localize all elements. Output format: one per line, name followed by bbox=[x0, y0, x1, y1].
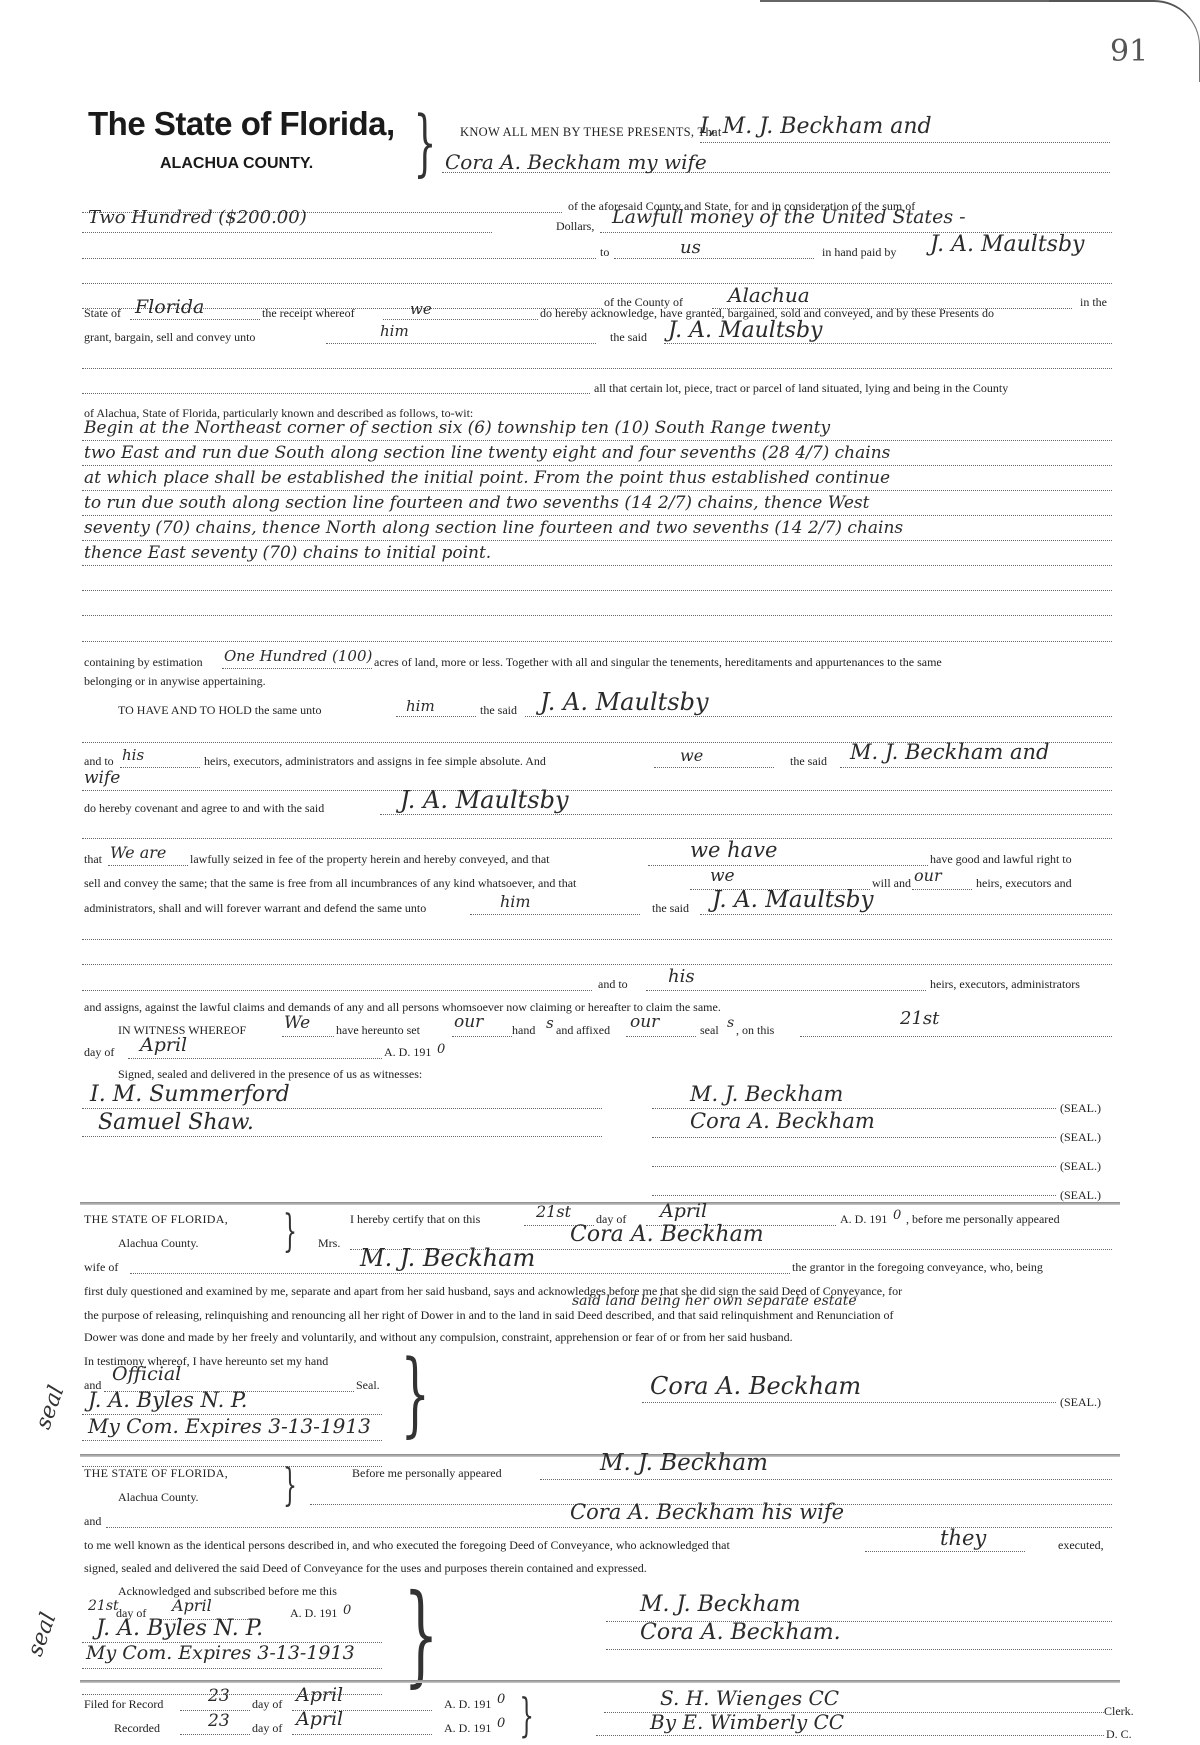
officer-handwritten: J. A. Byles N. P. bbox=[88, 1388, 247, 1412]
static-text: Dollars, bbox=[556, 219, 594, 234]
day-handwritten: 21st bbox=[88, 1598, 119, 1614]
state-heading: THE STATE OF FLORIDA, bbox=[84, 1212, 228, 1227]
month-handwritten: April bbox=[660, 1200, 707, 1222]
static-text: and bbox=[84, 1514, 101, 1529]
static-text: and to bbox=[598, 977, 628, 992]
and-handwritten: Cora A. Beckham his wife bbox=[570, 1500, 844, 1524]
field-line bbox=[642, 1402, 1056, 1403]
brace-icon: } bbox=[283, 1460, 297, 1511]
filed-year-handwritten: 0 bbox=[497, 1692, 505, 1707]
field-line bbox=[912, 889, 972, 890]
field-line bbox=[380, 814, 1112, 815]
brace-icon: } bbox=[519, 1688, 534, 1742]
description-line: two East and run due South along section… bbox=[84, 443, 890, 463]
field-line bbox=[396, 716, 476, 717]
mrs-handwritten: Cora A. Beckham bbox=[570, 1222, 764, 1247]
field-line bbox=[606, 1649, 1112, 1650]
static-text: and affixed bbox=[556, 1023, 610, 1038]
field-line bbox=[652, 1166, 1056, 1167]
and-to-handwritten: his bbox=[122, 746, 144, 764]
field-line bbox=[664, 343, 1112, 344]
static-text: day of bbox=[252, 1697, 282, 1712]
witness-signature: I. M. Summerford bbox=[90, 1082, 290, 1107]
county-heading: Alachua County. bbox=[118, 1490, 199, 1505]
field-line bbox=[383, 319, 538, 320]
field-line bbox=[82, 1136, 602, 1137]
static-text: the grantor in the foregoing conveyance,… bbox=[792, 1260, 1043, 1275]
field-line bbox=[82, 939, 1112, 940]
static-text: the said bbox=[480, 703, 517, 718]
static-text: to bbox=[600, 245, 609, 260]
static-text: in the bbox=[1080, 295, 1107, 310]
field-line bbox=[646, 990, 926, 991]
description-line: to run due south along section line four… bbox=[84, 493, 869, 513]
grantor-signature: Cora A. Beckham bbox=[690, 1109, 875, 1133]
static-text: executed, bbox=[1058, 1538, 1104, 1553]
field-line bbox=[614, 258, 814, 259]
filed-day-handwritten: 23 bbox=[208, 1686, 230, 1706]
field-line bbox=[82, 838, 1112, 839]
field-line bbox=[82, 1668, 382, 1669]
grant-handwritten: him bbox=[380, 322, 409, 340]
static-text: the said bbox=[610, 330, 647, 345]
seized-handwritten: we have bbox=[690, 838, 777, 862]
field-line bbox=[800, 1036, 1112, 1037]
clerk-signature: S. H. Wienges CC bbox=[660, 1686, 839, 1710]
static-text: , on this bbox=[736, 1023, 774, 1038]
field-line bbox=[82, 368, 1112, 369]
field-line bbox=[82, 1440, 382, 1441]
grantee-handwritten: J. A. Maultsby bbox=[540, 688, 709, 716]
will-handwritten: our bbox=[914, 866, 942, 885]
static-text: do hereby covenant and agree to and with… bbox=[84, 801, 324, 816]
they-handwritten: they bbox=[940, 1526, 986, 1550]
static-text: wife of bbox=[84, 1260, 118, 1275]
seal-handwritten: s bbox=[727, 1015, 734, 1031]
field-line bbox=[82, 615, 1112, 616]
field-line bbox=[82, 790, 1112, 791]
field-line bbox=[540, 1479, 1112, 1480]
seal-label: (SEAL.) bbox=[1060, 1395, 1101, 1410]
static-text: hand bbox=[512, 1023, 535, 1038]
acres-handwritten: One Hundred (100) bbox=[224, 647, 372, 665]
sell-handwritten: we bbox=[710, 866, 735, 886]
static-text: A. D. 191 bbox=[444, 1697, 491, 1712]
static-text: A. D. 191 bbox=[290, 1606, 337, 1621]
seal-label: (SEAL.) bbox=[1060, 1130, 1101, 1145]
static-text: belonging or in anywise appertaining. bbox=[84, 674, 266, 689]
brace-icon: } bbox=[413, 100, 436, 184]
static-text: acres of land, more or less. Together wi… bbox=[374, 655, 942, 670]
field-line bbox=[82, 465, 1112, 466]
static-text: heirs, executors, administrators bbox=[930, 977, 1080, 992]
field-line bbox=[82, 540, 1112, 541]
wife-of-handwritten: M. J. Beckham bbox=[360, 1244, 535, 1272]
field-line bbox=[82, 232, 492, 233]
ack-signature: M. J. Beckham bbox=[640, 1592, 801, 1617]
static-text: in hand paid by bbox=[822, 245, 896, 260]
intro-text: KNOW ALL MEN BY THESE PRESENTS, That bbox=[460, 125, 722, 140]
section-divider bbox=[80, 1202, 1120, 1205]
county-heading: ALACHUA COUNTY. bbox=[160, 155, 313, 173]
field-line bbox=[82, 990, 592, 991]
witness-signature: Samuel Shaw. bbox=[98, 1110, 254, 1135]
static-text: day of bbox=[84, 1045, 114, 1060]
static-text: have good and lawful right to bbox=[930, 852, 1072, 867]
seal-label: (SEAL.) bbox=[1060, 1188, 1101, 1203]
that-handwritten: We are bbox=[110, 843, 166, 862]
consideration-amount: Two Hundred ($200.00) bbox=[88, 207, 307, 228]
page-edge bbox=[760, 0, 1060, 2]
static-text: Clerk. bbox=[1104, 1704, 1134, 1719]
description-line: at which place shall be established the … bbox=[84, 468, 890, 488]
set-handwritten: our bbox=[454, 1012, 483, 1032]
seal-label: (SEAL.) bbox=[1060, 1159, 1101, 1174]
grantors-handwritten-2: Cora A. Beckham my wife bbox=[445, 150, 707, 174]
section-divider bbox=[80, 1680, 1120, 1683]
field-line bbox=[654, 767, 774, 768]
officer-handwritten: J. A. Byles N. P. bbox=[96, 1616, 263, 1641]
description-line: thence East seventy (70) chains to initi… bbox=[84, 543, 491, 563]
static-text: A. D. 191 bbox=[444, 1721, 491, 1736]
year-handwritten: 0 bbox=[437, 1042, 445, 1057]
witness-handwritten: We bbox=[284, 1013, 310, 1033]
static-text: and assigns, against the lawful claims a… bbox=[84, 1000, 721, 1015]
static-text: , before me personally appeared bbox=[906, 1212, 1060, 1227]
field-line bbox=[840, 767, 1112, 768]
field-line bbox=[652, 1195, 1056, 1196]
insert-handwritten: said land being her own separate estate bbox=[572, 1293, 857, 1309]
paid-by-handwritten: J. A. Maultsby bbox=[930, 232, 1084, 257]
year-handwritten: 0 bbox=[343, 1603, 351, 1618]
description-line: seventy (70) chains, thence North along … bbox=[84, 518, 903, 538]
unto-handwritten: him bbox=[406, 697, 435, 715]
recorded-day-handwritten: 23 bbox=[208, 1711, 230, 1731]
static-text: Mrs. bbox=[318, 1236, 340, 1251]
static-text: will and bbox=[872, 876, 911, 891]
field-line bbox=[700, 914, 1112, 915]
static-text: day of bbox=[252, 1721, 282, 1736]
field-line bbox=[82, 964, 1112, 965]
notary-seal-stamp: seal bbox=[23, 1609, 62, 1659]
county-handwritten: Alachua bbox=[728, 283, 810, 307]
covenant-handwritten: J. A. Maultsby bbox=[400, 786, 569, 814]
to-handwritten: us bbox=[680, 237, 701, 258]
receipt-handwritten: we bbox=[410, 300, 432, 318]
static-text: Acknowledged and subscribed before me th… bbox=[118, 1584, 337, 1599]
state-heading: THE STATE OF FLORIDA, bbox=[84, 1466, 228, 1481]
field-line bbox=[282, 1036, 334, 1037]
static-text: heirs, executors and bbox=[976, 876, 1072, 891]
static-text: Recorded bbox=[114, 1721, 160, 1736]
and-handwritten: we bbox=[680, 746, 703, 765]
affixed-handwritten: our bbox=[630, 1012, 659, 1032]
field-line bbox=[652, 1137, 1056, 1138]
static-text: seal bbox=[700, 1023, 719, 1038]
grantor-signature: M. J. Beckham bbox=[690, 1082, 843, 1106]
page-number: 91 bbox=[1110, 34, 1148, 69]
static-text: heirs, executors, administrators and ass… bbox=[204, 754, 546, 769]
static-text: Filed for Record bbox=[84, 1697, 163, 1712]
field-line bbox=[648, 865, 928, 866]
field-line bbox=[180, 1734, 250, 1735]
static-text: Seal. bbox=[356, 1378, 380, 1393]
month-handwritten: April bbox=[172, 1596, 212, 1615]
grantee-handwritten: J. A. Maultsby bbox=[668, 318, 822, 343]
day-handwritten: 21st bbox=[900, 1008, 939, 1029]
brace-icon: } bbox=[404, 1570, 439, 1698]
static-text: containing by estimation bbox=[84, 655, 203, 670]
static-text: the said bbox=[790, 754, 827, 769]
field-line bbox=[82, 515, 1112, 516]
field-line bbox=[82, 283, 1112, 284]
field-line bbox=[82, 393, 590, 394]
field-line bbox=[82, 590, 1112, 591]
grantors-handwritten: I, M. J. Beckham and bbox=[700, 114, 932, 139]
recorded-month-handwritten: April bbox=[296, 1708, 343, 1730]
field-line bbox=[82, 565, 1112, 566]
official-handwritten: Official bbox=[112, 1363, 181, 1385]
county-heading: Alachua County. bbox=[118, 1236, 199, 1251]
static-text: signed, sealed and delivered the said De… bbox=[84, 1561, 647, 1576]
static-text: administrators, shall and will forever w… bbox=[84, 901, 426, 916]
field-line bbox=[120, 767, 200, 768]
static-text: the purpose of releasing, relinquishing … bbox=[84, 1308, 893, 1323]
static-text: lawfully seized in fee of the property h… bbox=[190, 852, 550, 867]
static-text: to me well known as the identical person… bbox=[84, 1538, 730, 1553]
static-text: TO HAVE AND TO HOLD the same unto bbox=[118, 703, 321, 718]
field-line bbox=[222, 668, 372, 669]
static-text: State of bbox=[84, 306, 121, 321]
dower-signature: Cora A. Beckham bbox=[650, 1372, 861, 1400]
field-line bbox=[525, 716, 1112, 717]
static-text: that bbox=[84, 852, 102, 867]
field-line bbox=[865, 1551, 1025, 1552]
hand-handwritten: s bbox=[546, 1014, 554, 1032]
field-line bbox=[470, 914, 640, 915]
deed-page: 91 The State of Florida, ALACHUA COUNTY.… bbox=[0, 0, 1200, 1745]
commission-handwritten: My Com. Expires 3-13-1913 bbox=[88, 1414, 371, 1438]
static-text: I hereby certify that on this bbox=[350, 1212, 480, 1227]
brace-icon: } bbox=[283, 1206, 297, 1257]
field-line bbox=[130, 319, 260, 320]
field-line bbox=[128, 1058, 382, 1059]
field-line bbox=[452, 1036, 512, 1037]
defend-grantee-handwritten: J. A. Maultsby bbox=[712, 887, 873, 913]
static-text: A. D. 191 bbox=[840, 1212, 887, 1227]
ack-signature: Cora A. Beckham. bbox=[640, 1620, 841, 1645]
and-to-handwritten: his bbox=[668, 966, 695, 987]
static-text: all that certain lot, piece, tract or pa… bbox=[594, 381, 1008, 396]
static-text: Before me personally appeared bbox=[352, 1466, 502, 1481]
field-line bbox=[82, 641, 1112, 642]
field-line bbox=[700, 142, 1110, 143]
grantor-handwritten: M. J. Beckham and bbox=[850, 740, 1049, 764]
filed-month-handwritten: April bbox=[296, 1684, 343, 1706]
field-line bbox=[596, 1735, 1104, 1736]
recorded-year-handwritten: 0 bbox=[497, 1716, 505, 1731]
brace-icon: } bbox=[401, 1340, 430, 1447]
money-type: Lawfull money of the United States - bbox=[612, 206, 966, 228]
field-line bbox=[82, 258, 596, 259]
static-text: D. C. bbox=[1106, 1727, 1132, 1742]
field-line bbox=[82, 1108, 602, 1109]
notary-seal-stamp: seal bbox=[31, 1382, 70, 1432]
day-handwritten: 21st bbox=[536, 1202, 571, 1221]
static-text: sell and convey the same; that the same … bbox=[84, 876, 576, 891]
appeared-handwritten: M. J. Beckham bbox=[600, 1450, 768, 1476]
static-text: and to bbox=[84, 754, 114, 769]
seal-label: (SEAL.) bbox=[1060, 1101, 1101, 1116]
field-line bbox=[326, 343, 596, 344]
static-text: the receipt whereof bbox=[262, 306, 355, 321]
static-text: the said bbox=[652, 901, 689, 916]
static-text: Dower was done and made by her freely an… bbox=[84, 1330, 793, 1345]
field-line bbox=[108, 865, 188, 866]
defend-handwritten: him bbox=[500, 892, 531, 911]
field-line bbox=[626, 1036, 696, 1037]
static-text: A. D. 191 bbox=[384, 1045, 431, 1060]
deputy-clerk-signature: By E. Wimberly CC bbox=[650, 1710, 844, 1734]
static-text: Signed, sealed and delivered in the pres… bbox=[118, 1067, 422, 1082]
field-line bbox=[82, 490, 1112, 491]
commission-handwritten: My Com. Expires 3-13-1913 bbox=[86, 1642, 355, 1664]
description-line: Begin at the Northeast corner of section… bbox=[84, 418, 830, 438]
state-handwritten: Florida bbox=[135, 296, 204, 318]
year-handwritten: 0 bbox=[893, 1208, 901, 1223]
month-handwritten: April bbox=[140, 1034, 187, 1056]
static-text: grant, bargain, sell and convey unto bbox=[84, 330, 255, 345]
grantor-handwritten-2: wife bbox=[84, 768, 120, 788]
field-line bbox=[82, 440, 1112, 441]
document-title: The State of Florida, bbox=[88, 105, 395, 143]
field-line bbox=[292, 1734, 432, 1735]
field-line bbox=[130, 1273, 790, 1274]
static-text: have hereunto set bbox=[336, 1023, 420, 1038]
